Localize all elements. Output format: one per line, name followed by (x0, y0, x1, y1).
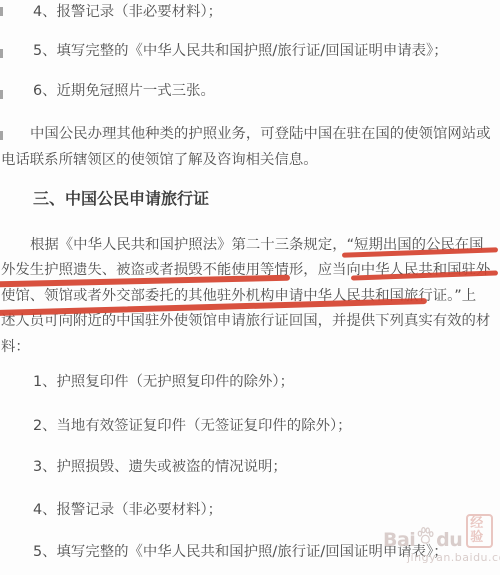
list-item: 5、填写完整的《中华人民共和国护照/旅行证/回国证明申请表》； (33, 43, 448, 60)
paragraph-line: 料： (1, 339, 30, 356)
list-item: 6、近期免冠照片一式三张。 (33, 83, 215, 100)
list-item: 1、护照复印件（无护照复印件的除外）； (33, 374, 294, 391)
watermark-logo-row: Bai du 经验 (383, 514, 493, 551)
watermark-product-badge: 经验 (466, 514, 493, 548)
crop-artifact (0, 90, 3, 99)
paragraph-line: 述人员可向附近的中国驻外使领馆申请旅行证回国，并提供下列真实有效的材 (1, 313, 490, 330)
section-heading: 三、中国公民申请旅行证 (33, 190, 209, 207)
crop-artifact (0, 7, 3, 16)
paragraph-line: 中国公民办理其他种类的护照业务，可登陆中国在驻在国的使领馆网站或 (30, 126, 491, 143)
crop-artifact (0, 131, 3, 140)
baidu-jingyan-watermark: Bai du 经验 jingyan.baidu.com (383, 514, 493, 564)
list-item: 3、护照损毁、遗失或被盗的情况说明； (33, 459, 287, 476)
watermark-domain: jingyan.baidu.com (383, 551, 493, 564)
list-item: 2、当地有效签证复印件（无签证复印件的除外）； (33, 418, 352, 435)
baidu-paw-icon (416, 523, 435, 549)
crop-artifact (0, 49, 3, 58)
article-page: 4、报警记录（非必要材料）； 5、填写完整的《中华人民共和国护照/旅行证/回国证… (0, 0, 500, 575)
watermark-brand-text: Bai (383, 529, 415, 551)
list-item: 4、报警记录（非必要材料）； (33, 502, 222, 519)
watermark-brand-text: du (436, 529, 462, 551)
list-item: 4、报警记录（非必要材料）； (33, 4, 222, 21)
paragraph-line: 电话联系所辖领区的使领馆了解及咨询相关信息。 (1, 152, 318, 169)
